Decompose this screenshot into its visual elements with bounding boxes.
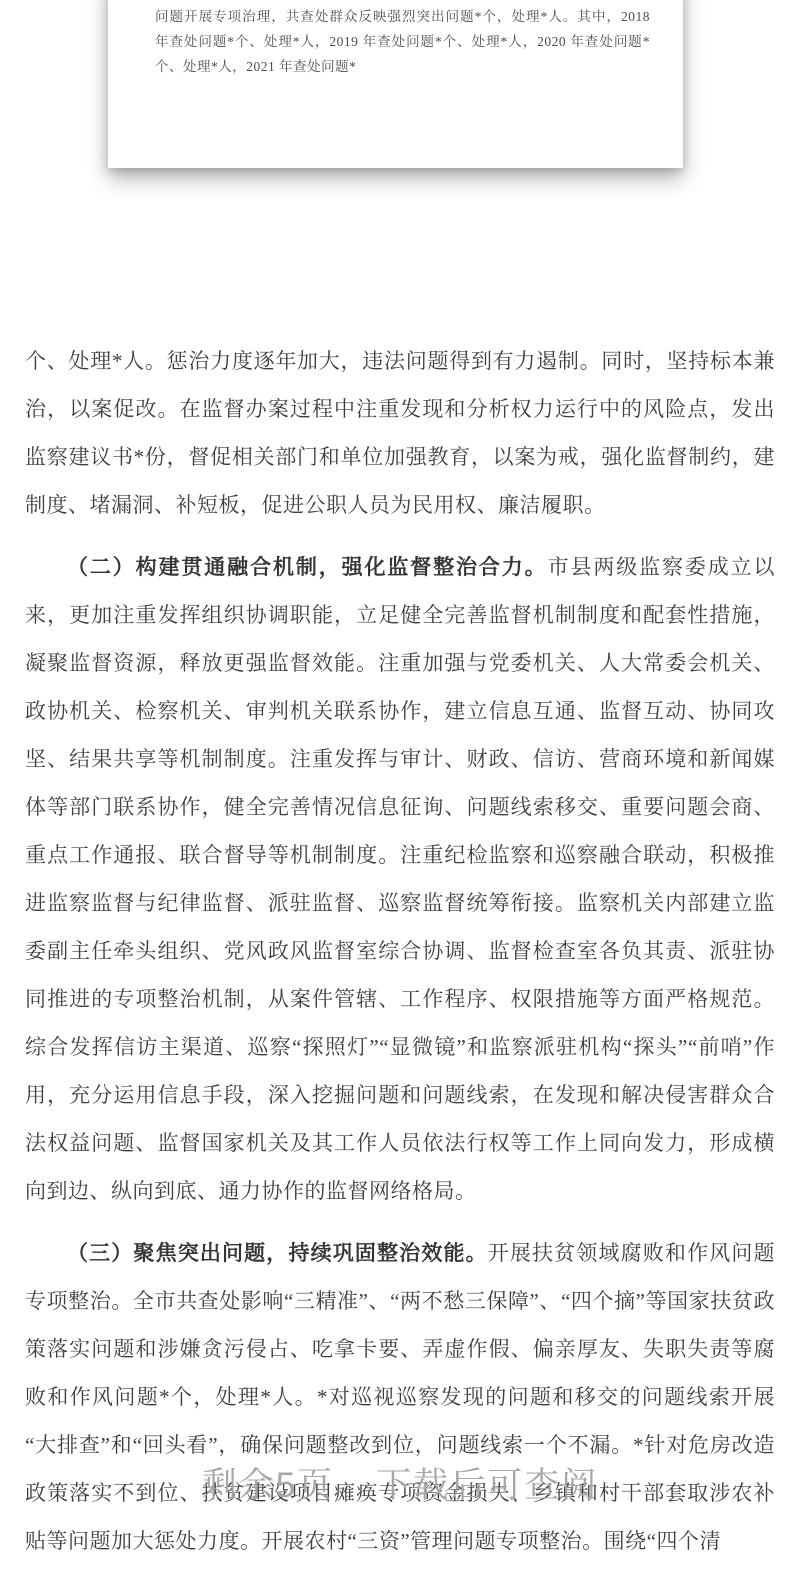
paragraph-heading: （二）构建贯通融合机制，强化监督整治合力。 bbox=[67, 555, 548, 579]
document-preview-card: 问题开展专项治理，共查处群众反映强烈突出问题*个，处理*人。其中，2018 年查… bbox=[108, 0, 683, 168]
document-paragraph: （二）构建贯通融合机制，强化监督整治合力。市县两级监察委成立以来，更加注重发挥组… bbox=[25, 543, 775, 1215]
download-hint-label: 下载后可查阅 bbox=[376, 1466, 598, 1505]
document-paragraph: （三）聚焦突出问题，持续巩固整治效能。开展扶贫领域腐败和作风问题专项整治。全市共… bbox=[25, 1229, 775, 1565]
footer-notice: 剩余5页下载后可查阅 bbox=[0, 1464, 800, 1508]
paragraph-heading: （三）聚焦突出问题，持续巩固整治效能。 bbox=[67, 1241, 488, 1265]
preview-page-text: 问题开展专项治理，共查处群众反映强烈突出问题*个，处理*人。其中，2018 年查… bbox=[108, 0, 683, 79]
document-paragraph: 个、处理*人。惩治力度逐年加大，违法问题得到有力遏制。同时，坚持标本兼治，以案促… bbox=[25, 337, 775, 529]
pages-remaining-label: 剩余5页 bbox=[202, 1466, 334, 1505]
document-body: 个、处理*人。惩治力度逐年加大，违法问题得到有力遏制。同时，坚持标本兼治，以案促… bbox=[25, 337, 775, 1571]
